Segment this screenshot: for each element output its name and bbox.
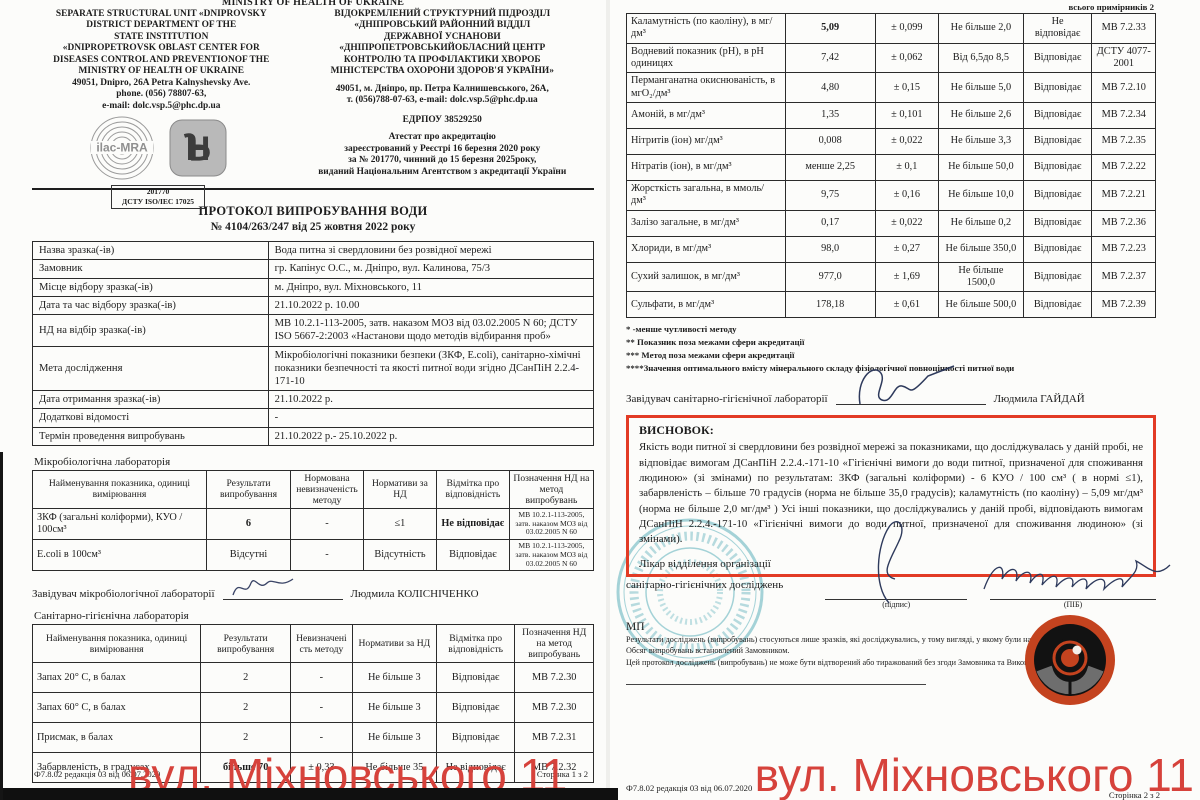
page-1: MINISTRY OF HEALTH OF UKRAINE SEPARATE S… bbox=[0, 0, 606, 800]
table-cell: Сульфати, в мг/дм³ bbox=[627, 292, 786, 318]
table-row: Амоній, в мг/дм³1,35± 0,101Не більше 2,6… bbox=[627, 103, 1156, 129]
table-cell: Не більше 5,0 bbox=[939, 73, 1024, 103]
table-cell: Відповідає bbox=[1023, 262, 1092, 292]
table-row: E.coli в 100см³Відсутні-ВідсутністьВідпо… bbox=[33, 540, 594, 571]
table-row: ЗКФ (загальні коліформи), КУО / 100см³6-… bbox=[33, 509, 594, 540]
table-cell: МВ 7.2.33 bbox=[1092, 14, 1156, 44]
column-header: Найменування показника, одиниці вимірюва… bbox=[33, 625, 201, 663]
table-cell: Відповідає bbox=[1023, 210, 1092, 236]
table-row: Назва зразка(-ів)Вода питна зі свердлови… bbox=[33, 242, 594, 260]
org-address-ua: 49051, м. Дніпро, пр. Петра Калнишевсько… bbox=[291, 84, 594, 107]
scanned-water-test-protocol: MINISTRY OF HEALTH OF UKRAINE SEPARATE S… bbox=[0, 0, 1200, 800]
table-cell: Термін проведення випробувань bbox=[33, 427, 269, 445]
name-field: (ПІБ) bbox=[990, 587, 1156, 609]
text-line: т. (056)788-07-63, e-mail: dolc.vsp.5@ph… bbox=[291, 95, 594, 106]
table-cell: - bbox=[268, 409, 593, 427]
table-cell: Відповідає bbox=[436, 540, 509, 571]
text-line: *** Метод поза межами сфери акредитації bbox=[626, 349, 1156, 362]
table-cell: Дата та час відбору зразка(-ів) bbox=[33, 296, 269, 314]
table-row: НД на відбір зразка(-ів)МВ 10.2.1-113-20… bbox=[33, 315, 594, 346]
text-line: «DNIPROPETROVSK OBLAST CENTER FOR bbox=[32, 43, 291, 54]
table-cell: 21.10.2022 р.- 25.10.2022 р. bbox=[268, 427, 593, 445]
table-row: Сульфати, в мг/дм³178,18± 0,61Не більше … bbox=[627, 292, 1156, 318]
micro-lab-head-name: Людмила КОЛІСНІЧЕНКО bbox=[351, 588, 479, 600]
text-line: ДЕРЖАВНОЇ УСНАНОВИ bbox=[291, 32, 594, 43]
column-header: Результати випробування bbox=[201, 625, 291, 663]
table-cell: Відповідає bbox=[1023, 73, 1092, 103]
svg-text:ilac-MRA: ilac-MRA bbox=[96, 141, 148, 155]
page-2: всього примірників 2 Каламутність (по ка… bbox=[610, 0, 1200, 800]
table-row: Перманганатна окиснюваність, в мгО₂/дм³4… bbox=[627, 73, 1156, 103]
table-cell: МВ 7.2.34 bbox=[1092, 103, 1156, 129]
table-cell: E.coli в 100см³ bbox=[33, 540, 207, 571]
text-line: зареєстрований у Реєстрі 16 березня 2020… bbox=[291, 144, 594, 155]
san-chem-table-continued: Каламутність (по каоліну), в мг/дм³5,09±… bbox=[626, 13, 1156, 318]
table-cell: МВ 7.2.23 bbox=[1092, 236, 1156, 262]
table-cell: 1,35 bbox=[785, 103, 875, 129]
accreditation-note: Атестат про акредитаціюзареєстрований у … bbox=[291, 132, 594, 178]
scan-edge-line bbox=[0, 452, 3, 800]
table-cell: Відсутні bbox=[206, 540, 290, 571]
table-cell: Жорсткість загальна, в ммоль/ дм³ bbox=[627, 181, 786, 211]
table-cell: МВ 10.2.1-113-2005, затв. наказом МОЗ ві… bbox=[509, 509, 593, 540]
certificate-box: 201770 ДСТУ ISO/IEC 17025 bbox=[111, 185, 205, 209]
table-cell: ± 0,101 bbox=[875, 103, 938, 129]
table-row: Додаткові відомості- bbox=[33, 409, 594, 427]
table-cell: Не більше 3 bbox=[352, 693, 436, 723]
table-cell: МВ 7.2.10 bbox=[1092, 73, 1156, 103]
table-cell: ± 0,099 bbox=[875, 14, 938, 44]
column-header: Позначення НД на метод випробувань bbox=[509, 470, 593, 508]
table-cell: Замовник bbox=[33, 260, 269, 278]
table-cell: Відповідає bbox=[1023, 181, 1092, 211]
table-row: Мета дослідженняМікробіологічні показник… bbox=[33, 346, 594, 391]
table-cell: Назва зразка(-ів) bbox=[33, 242, 269, 260]
micro-lab-title: Мікробіологічна лабораторія bbox=[34, 456, 594, 468]
table-row: Нітратів (іон), в мг/дм³менше 2,25± 0,1Н… bbox=[627, 155, 1156, 181]
text-line: виданий Національним Агентством з акреди… bbox=[291, 167, 594, 178]
table-cell: Сухий залишок, в мг/дм³ bbox=[627, 262, 786, 292]
table-cell: Нітратів (іон), в мг/дм³ bbox=[627, 155, 786, 181]
micro-lab-signature-label: Завідувач мікробіологічної лабораторії bbox=[32, 588, 215, 600]
text-line: за № 201770, чинний до 15 березня 2025ро… bbox=[291, 155, 594, 166]
table-cell: Мікробіологічні показники безпеки (ЗКФ, … bbox=[268, 346, 593, 391]
table-cell: Хлориди, в мг/дм³ bbox=[627, 236, 786, 262]
table-row: Сухий залишок, в мг/дм³977,0± 1,69Не біл… bbox=[627, 262, 1156, 292]
text-line: ВІДОКРЕМЛЕНИЙ СТРУКТУРНИЙ ПІДРОЗДІЛ bbox=[291, 9, 594, 20]
copies-note: всього примірників 2 bbox=[626, 2, 1154, 12]
table-cell: ЗКФ (загальні коліформи), КУО / 100см³ bbox=[33, 509, 207, 540]
table-cell: Відповідає bbox=[1023, 43, 1092, 73]
certificate-standard: ДСТУ ISO/IEC 17025 bbox=[122, 197, 194, 207]
doctor-name-signature-icon bbox=[980, 553, 1180, 597]
table-cell: ≤1 bbox=[363, 509, 436, 540]
table-cell: Не більше 10,0 bbox=[939, 181, 1024, 211]
table-row: Хлориди, в мг/дм³98,0± 0,27Не більше 350… bbox=[627, 236, 1156, 262]
text-line: SEPARATE STRUCTURAL UNIT «DNIPROVSKY bbox=[32, 9, 291, 20]
table-cell: менше 2,25 bbox=[785, 155, 875, 181]
table-cell: 178,18 bbox=[785, 292, 875, 318]
table-row: Дата та час відбору зразка(-ів)21.10.202… bbox=[33, 296, 594, 314]
table-cell: Не більше 50,0 bbox=[939, 155, 1024, 181]
column-header: Нормативи за НД bbox=[363, 470, 436, 508]
table-cell: 977,0 bbox=[785, 262, 875, 292]
table-cell: 5,09 bbox=[785, 14, 875, 44]
table-cell: Відповідає bbox=[1023, 292, 1092, 318]
san-lab-head-name: Людмила ГАЙДАЙ bbox=[994, 393, 1085, 405]
table-cell: ± 0,022 bbox=[875, 129, 938, 155]
table-cell: Відповідає bbox=[436, 663, 515, 693]
address-watermark: вул. Міхновського 11 bbox=[755, 748, 1194, 800]
naau-logo: Ꙏ Н bbox=[169, 119, 227, 177]
table-cell: Відповідає bbox=[1023, 129, 1092, 155]
text-line: ** Показник поза межами сфери акредитаці… bbox=[626, 336, 1156, 349]
table-cell: НД на відбір зразка(-ів) bbox=[33, 315, 269, 346]
san-lab-signature-label: Завідувач санітарно-гігієнічної лаборато… bbox=[626, 393, 828, 405]
doctor-signature-icon bbox=[855, 515, 925, 607]
table-row: Жорсткість загальна, в ммоль/ дм³9,75± 0… bbox=[627, 181, 1156, 211]
table-cell: Не більше 2,0 bbox=[939, 14, 1024, 44]
text-line: phone. (056) 78807-63, bbox=[32, 89, 291, 100]
table-cell: Не більше 3 bbox=[352, 663, 436, 693]
san-lab-title: Санітарно-гігієнічна лабораторія bbox=[34, 610, 594, 622]
text-line: «ДНІПРОВСЬКИЙ РАЙОННИЙ ВІДДІЛ bbox=[291, 20, 594, 31]
table-cell: МВ 7.2.36 bbox=[1092, 210, 1156, 236]
signature-field: (підпис) bbox=[825, 587, 967, 609]
text-line: «ДНІПРОПЕТРОВСЬКИЙОБЛАСНИЙ ЦЕНТР bbox=[291, 43, 594, 54]
table-cell: МВ 7.2.22 bbox=[1092, 155, 1156, 181]
text-line: * -менше чутливості методу bbox=[626, 323, 1156, 336]
eye-logo-icon bbox=[1022, 612, 1118, 708]
table-cell: МВ 10.2.1-113-2005, затв. наказом МОЗ ві… bbox=[268, 315, 593, 346]
table-cell: 4,80 bbox=[785, 73, 875, 103]
table-cell: 21.10.2022 р. 10.00 bbox=[268, 296, 593, 314]
table-cell: 2 bbox=[201, 693, 291, 723]
table-cell: - bbox=[291, 509, 364, 540]
table-cell: ± 0,1 bbox=[875, 155, 938, 181]
sample-info-table: Назва зразка(-ів)Вода питна зі свердлови… bbox=[32, 241, 594, 446]
text-line: e-mail: dolc.vsp.5@phc.dp.ua bbox=[32, 101, 291, 112]
table-cell: ± 0,022 bbox=[875, 210, 938, 236]
org-name-ua: ВІДОКРЕМЛЕНИЙ СТРУКТУРНИЙ ПІДРОЗДІЛ«ДНІП… bbox=[291, 9, 594, 78]
table-cell: МВ 7.2.37 bbox=[1092, 262, 1156, 292]
table-cell: Відповідає bbox=[436, 693, 515, 723]
table-cell: 98,0 bbox=[785, 236, 875, 262]
table-cell: МВ 10.2.1-113-2005, затв. наказом МОЗ ві… bbox=[509, 540, 593, 571]
table-cell: Запах 60° С, в балах bbox=[33, 693, 201, 723]
name-caption: (ПІБ) bbox=[990, 600, 1156, 609]
table-row: Дата отримання зразка(-ів)21.10.2022 р. bbox=[33, 391, 594, 409]
table-cell: м. Дніпро, вул. Міхновського, 11 bbox=[268, 278, 593, 296]
edrpou-code: ЕДРПОУ 38529250 bbox=[291, 115, 594, 126]
bottom-rule bbox=[626, 674, 926, 685]
table-cell: Відповідає bbox=[1023, 103, 1092, 129]
table-cell: МВ 7.2.30 bbox=[515, 663, 594, 693]
text-line: DISEASES CONTROL AND PREVENTIONOF THE bbox=[32, 55, 291, 66]
table-cell: Мета дослідження bbox=[33, 346, 269, 391]
column-header: Відмітка про відповідність bbox=[436, 625, 515, 663]
table-cell: - bbox=[291, 663, 353, 693]
table-cell: МВ 7.2.39 bbox=[1092, 292, 1156, 318]
signature-line bbox=[836, 390, 986, 405]
table-cell: Каламутність (по каоліну), в мг/дм³ bbox=[627, 14, 786, 44]
table-cell: Не відповідає bbox=[436, 509, 509, 540]
table-cell: Від 6,5до 8,5 bbox=[939, 43, 1024, 73]
table-cell: - bbox=[291, 540, 364, 571]
table-cell: ± 0,15 bbox=[875, 73, 938, 103]
table-row: Залізо загальне, в мг/дм³0,17± 0,022Не б… bbox=[627, 210, 1156, 236]
ministry-title: MINISTRY OF HEALTH OF UKRAINE bbox=[32, 0, 594, 8]
table-row: Водневий показник (рН), в рН одиницях7,4… bbox=[627, 43, 1156, 73]
table-cell: Не більше 2,6 bbox=[939, 103, 1024, 129]
table-cell: Не відповідає bbox=[1023, 14, 1092, 44]
table-cell: ± 0,062 bbox=[875, 43, 938, 73]
column-header: Нормована невизначеність методу bbox=[291, 470, 364, 508]
table-cell: Амоній, в мг/дм³ bbox=[627, 103, 786, 129]
scan-black-strip bbox=[0, 788, 618, 800]
haiday-signature-icon bbox=[842, 362, 962, 408]
table-cell: ± 0,16 bbox=[875, 181, 938, 211]
table-cell: Дата отримання зразка(-ів) bbox=[33, 391, 269, 409]
table-cell: Не більше 350,0 bbox=[939, 236, 1024, 262]
protocol-number: № 4104/263/247 від 25 жовтня 2022 року bbox=[32, 221, 594, 233]
table-cell: Вода питна зі свердловини без розвідної … bbox=[268, 242, 593, 260]
column-header: Невизначені сть методу bbox=[291, 625, 353, 663]
page2-footer-left: Ф7.8.02 редакція 03 від 06.07.2020 bbox=[626, 783, 752, 793]
table-cell: Не більше 500,0 bbox=[939, 292, 1024, 318]
table-cell: МВ 7.2.21 bbox=[1092, 181, 1156, 211]
micro-lab-signature-row: Завідувач мікробіологічної лабораторії Л… bbox=[32, 585, 594, 600]
ilac-mra-logo: ilac-MRA bbox=[89, 115, 155, 181]
table-cell: Відповідає bbox=[1023, 236, 1092, 262]
table-cell: ± 0,27 bbox=[875, 236, 938, 262]
signature-line bbox=[223, 585, 343, 600]
table-row: Каламутність (по каоліну), в мг/дм³5,09±… bbox=[627, 14, 1156, 44]
text-line: STATE INSTITUTION bbox=[32, 32, 291, 43]
table-cell: МВ 7.2.35 bbox=[1092, 129, 1156, 155]
table-cell: МВ 7.2.30 bbox=[515, 693, 594, 723]
letterhead-ukrainian: ВІДОКРЕМЛЕНИЙ СТРУКТУРНИЙ ПІДРОЗДІЛ«ДНІП… bbox=[291, 9, 594, 178]
column-header: Результати випробування bbox=[206, 470, 290, 508]
text-line: MINISTRY OF HEALTH OF UKRAINE bbox=[32, 66, 291, 77]
table-cell: Залізо загальне, в мг/дм³ bbox=[627, 210, 786, 236]
table-cell: Запах 20° С, в балах bbox=[33, 663, 201, 693]
text-line: 49051, Dnipro, 26A Petra Kalnyshevsky Av… bbox=[32, 78, 291, 89]
table-cell: 0,17 bbox=[785, 210, 875, 236]
text-line: КОНТРОЛЮ ТА ПРОФІЛАКТИКИ ХВОРОБ bbox=[291, 55, 594, 66]
table-cell: Не більше 3,3 bbox=[939, 129, 1024, 155]
conclusion-title: ВИСНОВОК: bbox=[639, 423, 1143, 438]
table-cell: Перманганатна окиснюваність, в мгО₂/дм³ bbox=[627, 73, 786, 103]
san-lab-signature-row: Завідувач санітарно-гігієнічної лаборато… bbox=[626, 390, 1156, 405]
table-cell: Відповідає bbox=[1023, 155, 1092, 181]
svg-text:Н: Н bbox=[186, 130, 211, 168]
text-line: 49051, м. Дніпро, пр. Петра Калнишевсько… bbox=[291, 84, 594, 95]
table-cell: 7,42 bbox=[785, 43, 875, 73]
table-cell: - bbox=[291, 693, 353, 723]
table-cell: Місце відбору зразка(-ів) bbox=[33, 278, 269, 296]
table-cell: 21.10.2022 р. bbox=[268, 391, 593, 409]
certificate-number: 201770 bbox=[122, 187, 194, 197]
table-cell: Не більше 0,2 bbox=[939, 210, 1024, 236]
column-header: Нормативи за НД bbox=[352, 625, 436, 663]
table-row: Запах 60° С, в балах2-Не більше 3Відпові… bbox=[33, 693, 594, 723]
text-line: DISTRICT DEPARTMENT OF THE bbox=[32, 20, 291, 31]
table-cell: Не більше 1500,0 bbox=[939, 262, 1024, 292]
table-row: Нітритів (іон) мг/дм³0,008± 0,022Не біль… bbox=[627, 129, 1156, 155]
table-cell: ± 1,69 bbox=[875, 262, 938, 292]
table-cell: 2 bbox=[201, 663, 291, 693]
table-cell: 9,75 bbox=[785, 181, 875, 211]
table-cell: Відсутність bbox=[363, 540, 436, 571]
table-row: Замовникгр. Капінус О.С., м. Дніпро, вул… bbox=[33, 260, 594, 278]
table-row: Термін проведення випробувань21.10.2022 … bbox=[33, 427, 594, 445]
kolisnichenko-signature-icon bbox=[229, 573, 299, 601]
table-cell: Нітритів (іон) мг/дм³ bbox=[627, 129, 786, 155]
table-row: Місце відбору зразка(-ів)м. Дніпро, вул.… bbox=[33, 278, 594, 296]
table-cell: 0,008 bbox=[785, 129, 875, 155]
table-cell: Додаткові відомості bbox=[33, 409, 269, 427]
text-line: МІНІСТЕРСТВА ОХОРОНИ ЗДОРОВ'Я УКРАЇНИ» bbox=[291, 66, 594, 77]
text-line: Атестат про акредитацію bbox=[291, 132, 594, 143]
table-cell: 6 bbox=[206, 509, 290, 540]
table-cell: ± 0,61 bbox=[875, 292, 938, 318]
table-cell: Водневий показник (рН), в рН одиницях bbox=[627, 43, 786, 73]
column-header: Відмітка про відповідність bbox=[436, 470, 509, 508]
logos-block: ilac-MRA Ꙏ Н 201770 ДСТУ ISO/IEC 17025 bbox=[58, 115, 258, 209]
column-header: Позначення НД на метод випробувань bbox=[515, 625, 594, 663]
table-cell: гр. Капінус О.С., м. Дніпро, вул. Калино… bbox=[268, 260, 593, 278]
column-header: Найменування показника, одиниці вимірюва… bbox=[33, 470, 207, 508]
table-cell: ДСТУ 4077-2001 bbox=[1092, 43, 1156, 73]
table-row: Запах 20° С, в балах2-Не більше 3Відпові… bbox=[33, 663, 594, 693]
micro-lab-table: Найменування показника, одиниці вимірюва… bbox=[32, 470, 594, 571]
